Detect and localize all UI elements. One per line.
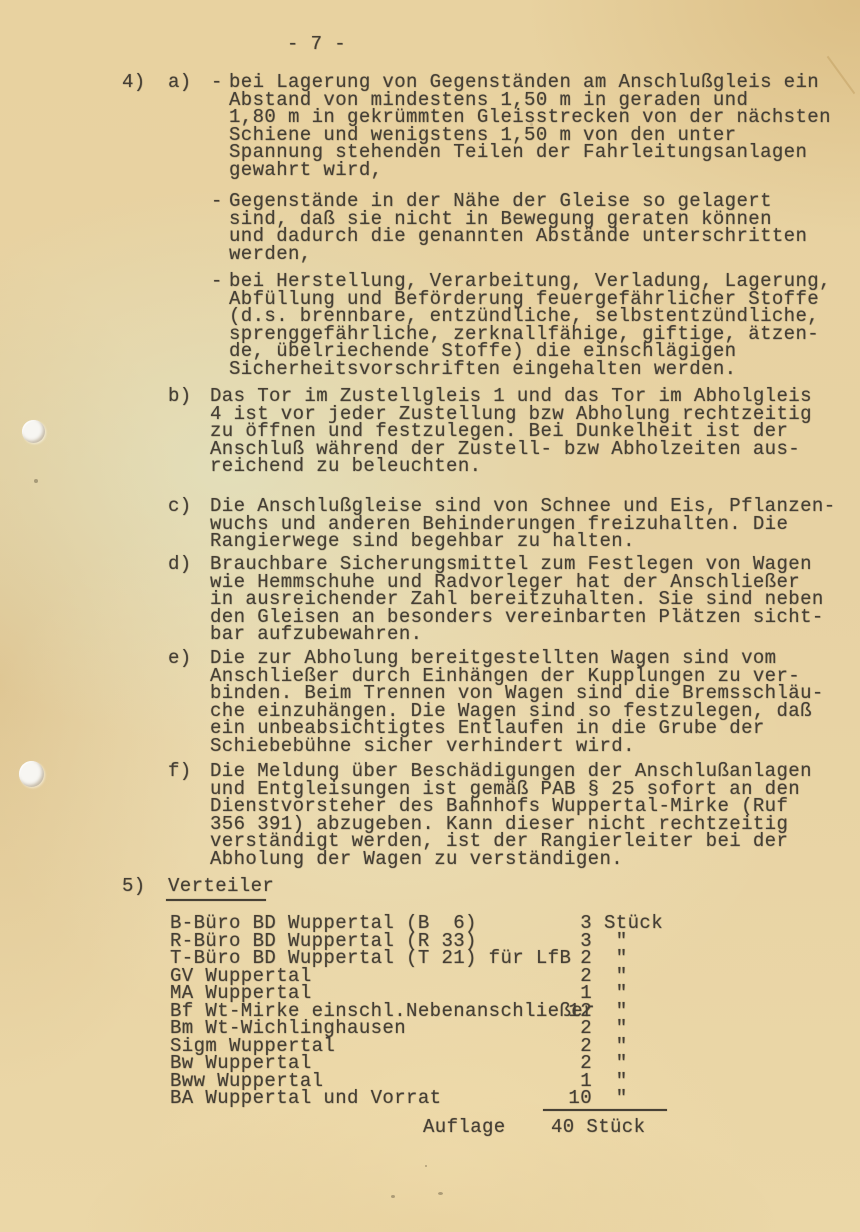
document-page: - 7 - 4) a) - bei Lagerung von Gegenstän… (0, 0, 860, 1232)
total-value: 40 Stück (551, 1119, 645, 1137)
dash-bullet: - (211, 74, 223, 92)
page-number: - 7 - (287, 36, 346, 54)
paper-speck (438, 1192, 443, 1195)
item-a-dash3-text: bei Herstellung, Verarbeitung, Verladung… (229, 273, 831, 378)
paper-crease (827, 56, 856, 94)
paper-speck (391, 1195, 395, 1198)
table-row-label: BA Wuppertal und Vorrat (170, 1090, 441, 1108)
item-e-text: Die zur Abholung bereitgestellten Wagen … (210, 650, 824, 755)
distribution-title: Verteiler (168, 878, 274, 896)
item-c-text: Die Anschlußgleise sind von Schnee und E… (210, 498, 836, 551)
item-b-text: Das Tor im Zustellgleis 1 und das Tor im… (210, 388, 812, 476)
total-label: Auflage (423, 1119, 506, 1137)
item-d-letter: d) (168, 556, 192, 574)
punch-hole-bottom (19, 761, 44, 787)
item-a-letter: a) (168, 74, 192, 92)
section5-marker: 5) (122, 878, 146, 896)
item-c-letter: c) (168, 498, 192, 516)
item-f-text: Die Meldung über Beschädigungen der Ansc… (210, 763, 812, 868)
item-d-text: Brauchbare Sicherungsmittel zum Festlege… (210, 556, 824, 644)
table-row-unit: " (604, 1090, 628, 1108)
paper-speck (34, 479, 38, 483)
dash-bullet: - (211, 273, 223, 291)
item-f-letter: f) (168, 763, 192, 781)
total-rule (543, 1109, 667, 1111)
section4-marker: 4) (122, 74, 146, 92)
item-a-dash2-text: Gegenstände in der Nähe der Gleise so ge… (229, 193, 807, 263)
item-e-letter: e) (168, 650, 192, 668)
paper-speck (425, 1165, 427, 1167)
item-b-letter: b) (168, 388, 192, 406)
table-row-count: 10 (540, 1090, 592, 1108)
title-underline (166, 899, 266, 901)
item-a-dash1-text: bei Lagerung von Gegenständen am Anschlu… (229, 74, 831, 179)
punch-hole-top (22, 420, 45, 443)
dash-bullet: - (211, 193, 223, 211)
